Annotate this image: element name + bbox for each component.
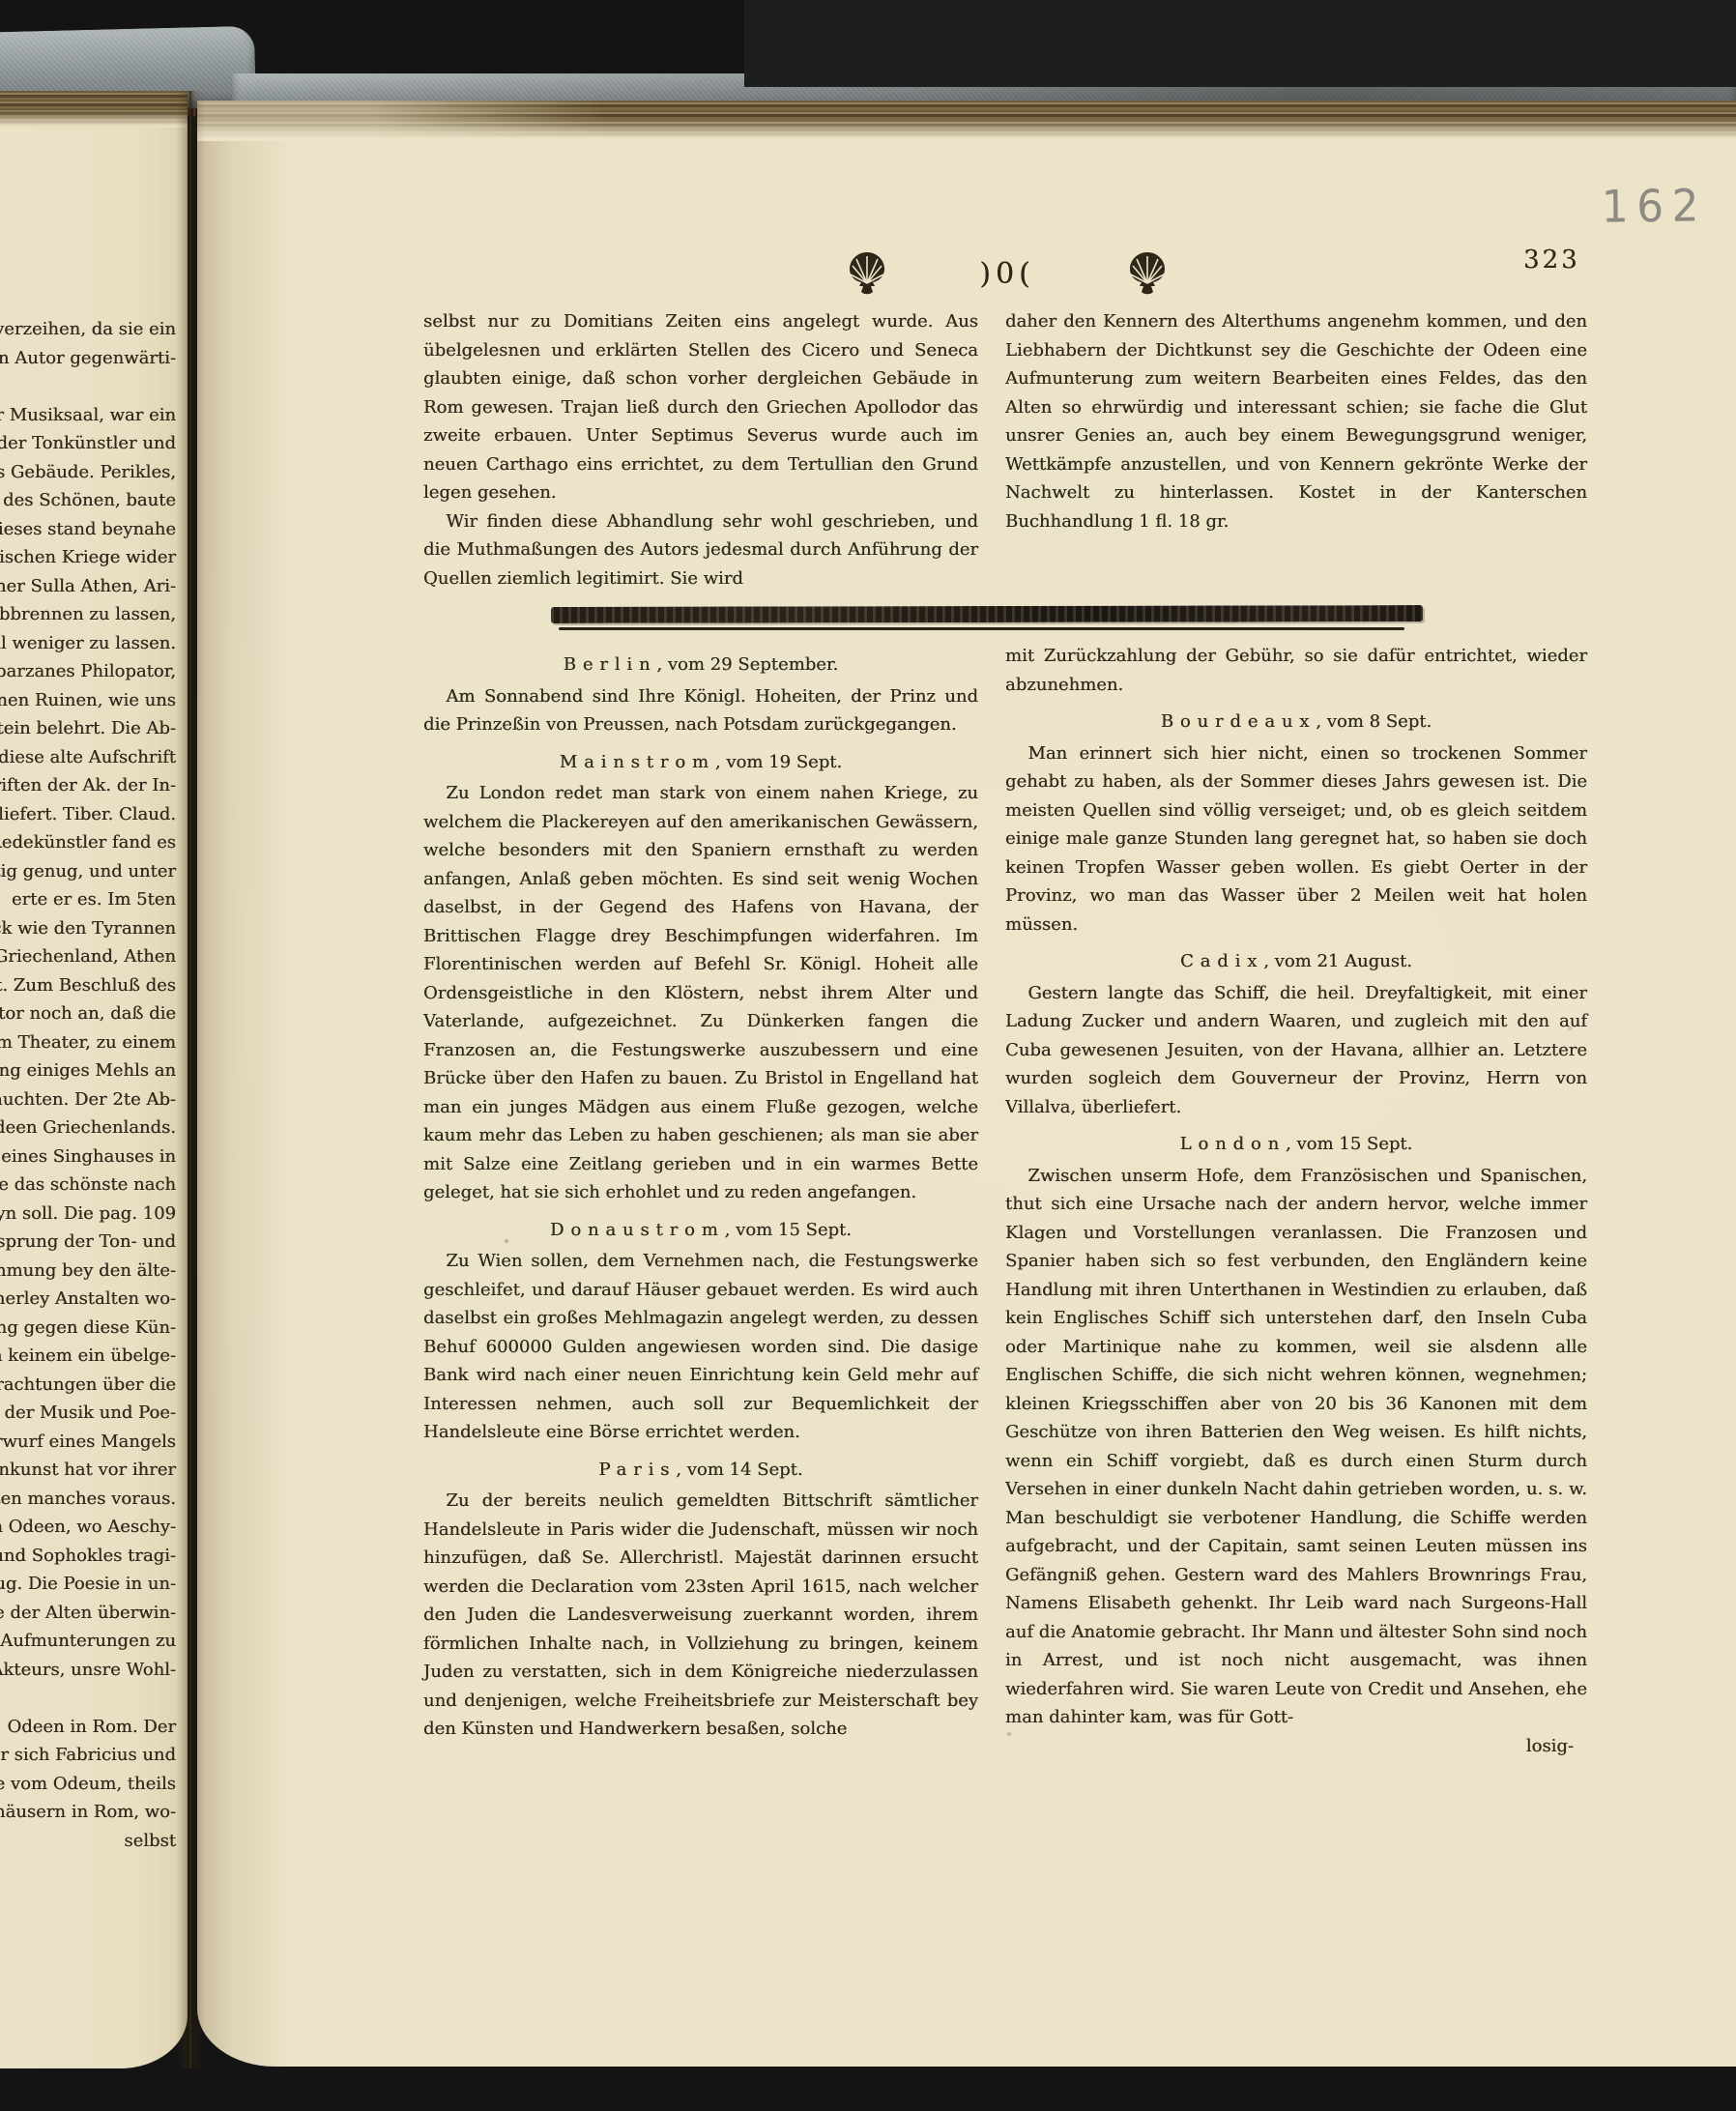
fragment-line: Akteurs, unsre Wohl-: [0, 1656, 176, 1685]
fragment-line: s Gebäude. Perikles,: [0, 458, 176, 487]
section-date: , vom 15 Sept.: [1286, 1134, 1412, 1154]
fragment-line: iobarzanes Philopator,: [0, 657, 176, 686]
fragment-line: [0, 1684, 176, 1713]
news-right-column: mit Zurückzahlung der Gebühr, so sie daf…: [1005, 642, 1587, 1760]
catchword: losig-: [1005, 1732, 1587, 1761]
fragment-line: n Odeen Griechenlands.: [0, 1113, 176, 1142]
section-heading: Donaustrom, vom 15 Sept.: [423, 1216, 978, 1245]
fragment-line: auchten. Der 2te Ab-: [0, 1085, 176, 1114]
section-place: London: [1180, 1134, 1286, 1154]
text-block: selbst nur zu Domitians Zeiten eins ange…: [423, 307, 1587, 1760]
fragment-line: rsprung der Ton- und: [0, 1228, 176, 1257]
fragment-line: e verzeihen, da sie ein: [0, 315, 176, 344]
paragraph: Zu der bereits neulich gemeldten Bittsch…: [423, 1487, 978, 1744]
fragment-line: eyn soll. Die pag. 109: [0, 1200, 176, 1229]
fragment-line: stimmung bey den älte-: [0, 1257, 176, 1286]
news-section: Paris, vom 14 Sept. Zu der bereits neuli…: [423, 1456, 978, 1744]
paragraph: selbst nur zu Domitians Zeiten eins ange…: [423, 307, 978, 507]
fragment-line: ich keinem ein übelge-: [0, 1342, 176, 1371]
intro-right-column: daher den Kennern des Alterthums angeneh…: [1005, 307, 1587, 535]
fragment-line: zum Theater, zu einem: [0, 1028, 176, 1057]
fragment-line: Betrachtungen über die: [0, 1371, 176, 1400]
fragment-line: ch eines Singhauses in: [0, 1142, 176, 1171]
section-place: Mainstrom: [560, 752, 715, 772]
section-paragraphs: Zu der bereits neulich gemeldten Bittsch…: [423, 1487, 978, 1744]
paragraph: mit Zurückzahlung der Gebühr, so sie daf…: [1005, 642, 1587, 699]
news-section: Mainstrom, vom 19 Sept. Zu London redet …: [423, 748, 978, 1207]
fragment-line: der Musiksaal, war ein: [0, 401, 176, 430]
fragment-line: Dieses stand beynahe: [0, 515, 176, 544]
page-top-edge: [0, 91, 188, 128]
archive-number-stamp: 162: [1602, 179, 1708, 232]
paragraph: Man erinnert sich hier nicht, einen so t…: [1005, 739, 1587, 940]
fragment-line: und Sophokles tragi-: [0, 1542, 176, 1571]
intro-left-column: selbst nur zu Domitians Zeiten eins ange…: [423, 307, 978, 593]
fragment-line: icht der Musik und Poe-: [0, 1399, 176, 1428]
section-heading: Cadix, vom 21 August.: [1005, 947, 1587, 976]
section-heading: Mainstrom, vom 19 Sept.: [423, 748, 978, 777]
fragment-line: sehr sich Fabricius und: [0, 1741, 176, 1770]
palmette-ornament-icon: [847, 251, 887, 296]
section-place: Paris: [598, 1460, 676, 1480]
paragraph: Zu Wien sollen, dem Vernehmen nach, die …: [423, 1247, 978, 1447]
fragment-line: seinen Ruinen, wie uns: [0, 686, 176, 715]
fragment-line: etztre das schönste nach: [0, 1171, 176, 1200]
section-paragraphs: Man erinnert sich hier nicht, einen so t…: [1005, 739, 1587, 940]
main-page: 162: [197, 101, 1736, 2067]
fragment-line: h Griechenland, Athen: [0, 942, 176, 971]
fragment-line: er Redekünstler fand es: [0, 828, 176, 857]
fragment-line: [0, 372, 176, 401]
paragraph: Gestern langte das Schiff, die heil. Dre…: [1005, 979, 1587, 1122]
section-paragraphs: Gestern langte das Schiff, die heil. Dre…: [1005, 979, 1587, 1122]
news-section: London, vom 15 Sept. Zwischen unserm Hof…: [1005, 1130, 1587, 1760]
header-ornaments: )0(: [847, 251, 1168, 296]
section-place: Bourdeaux: [1161, 711, 1316, 732]
section-heading: Paris, vom 14 Sept.: [423, 1456, 978, 1485]
fragment-line: nack wie den Tyrannen: [0, 914, 176, 943]
intro-row: selbst nur zu Domitians Zeiten eins ange…: [423, 307, 1587, 593]
background-shadow: [744, 0, 1736, 87]
fragment-line: theil weniger zu lassen.: [0, 629, 176, 658]
section-date: , vom 14 Sept.: [676, 1460, 802, 1480]
fragment-line: chtung gegen diese Kün-: [0, 1314, 176, 1343]
fragment-line: ug. Die Poesie in un-: [0, 1570, 176, 1599]
fragment-line: ontischen Kriege wider: [0, 543, 176, 572]
palmette-ornament-icon: [1127, 251, 1168, 296]
fragment-line: fen der Tonkünstler und: [0, 429, 176, 458]
news-section: Bourdeaux, vom 8 Sept. Man erinnert sich…: [1005, 708, 1587, 939]
fragment-line: um abbrennen zu lassen,: [0, 600, 176, 629]
fragment-line: erte er es. Im 5ten: [0, 885, 176, 914]
fragment-line: lung einiges Mehls an: [0, 1056, 176, 1085]
section-paragraphs: mit Zurückzahlung der Gebühr, so sie daf…: [1005, 642, 1587, 699]
news-section: mit Zurückzahlung der Gebühr, so sie daf…: [1005, 642, 1587, 699]
news-section: Cadix, vom 21 August. Gestern langte das…: [1005, 947, 1587, 1121]
section-paragraphs: Zwischen unserm Hofe, dem Französischen …: [1005, 1162, 1587, 1732]
fragment-line: jenen Odeen, wo Aeschy-: [0, 1513, 176, 1542]
paragraph: Am Sonnabend sind Ihre Königl. Hoheiten,…: [423, 682, 978, 739]
fragment-line: selbst: [0, 1827, 176, 1856]
previous-page-edge: e verzeihen, da sie einden Autor gegenwä…: [0, 91, 188, 2068]
fragment-line: orwurf eines Mangels: [0, 1428, 176, 1457]
fragment-line: eliefert. Tiber. Claud.: [0, 800, 176, 829]
fragment-line: ghäusern in Rom, wo-: [0, 1798, 176, 1827]
section-place: Donaustrom: [550, 1220, 725, 1240]
book-scan: e verzeihen, da sie einden Autor gegenwä…: [0, 0, 1736, 2111]
fragment-line: isse der Alten überwin-: [0, 1599, 176, 1628]
fragment-line: n Aufmunterungen zu: [0, 1627, 176, 1656]
section-paragraphs: Am Sonnabend sind Ihre Königl. Hoheiten,…: [423, 682, 978, 739]
fragment-line: ncherley Anstalten wo-: [0, 1285, 176, 1314]
news-section: Berlin, vom 29 September. Am Sonnabend s…: [423, 651, 978, 739]
fragment-line: utor noch an, daß die: [0, 999, 176, 1028]
previous-page-text-fragments: e verzeihen, da sie einden Autor gegenwä…: [0, 315, 176, 1855]
section-place: Berlin: [564, 654, 657, 675]
page-top-edge: [197, 101, 1736, 141]
section-date: , vom 29 September.: [656, 654, 838, 675]
section-paragraphs: Zu Wien sollen, dem Vernehmen nach, die …: [423, 1247, 978, 1447]
fragment-line: Odeen in Rom. Der: [0, 1713, 176, 1742]
paragraph: Zu London redet man stark von einem nahe…: [423, 779, 978, 1207]
section-date: , vom 19 Sept.: [715, 752, 842, 772]
fragment-line: riften der Ak. der In-: [0, 771, 176, 800]
fragment-line: er diese alte Aufschrift: [0, 743, 176, 772]
divider-bar: [551, 605, 1423, 623]
fragment-line: htig genug, und unter: [0, 857, 176, 886]
header-signature-mark: )0(: [979, 257, 1035, 291]
section-paragraphs: Zu London redet man stark von einem nahe…: [423, 779, 978, 1207]
section-heading: Bourdeaux, vom 8 Sept.: [1005, 708, 1587, 737]
paragraph: Zwischen unserm Hofe, dem Französischen …: [1005, 1162, 1587, 1732]
fragment-line: den Autor gegenwärti-: [0, 344, 176, 373]
fragment-line: Tonkunst hat vor ihrer: [0, 1456, 176, 1485]
section-heading: London, vom 15 Sept.: [1005, 1130, 1587, 1159]
news-section: Donaustrom, vom 15 Sept. Zu Wien sollen,…: [423, 1216, 978, 1447]
section-date: , vom 21 August.: [1263, 951, 1412, 971]
section-date: , vom 8 Sept.: [1316, 711, 1432, 732]
fragment-line: er des Schönen, baute: [0, 486, 176, 515]
divider-underline: [559, 627, 1404, 630]
section-divider-rule: [551, 606, 1423, 630]
fragment-line: eiten manches voraus.: [0, 1485, 176, 1514]
section-heading: Berlin, vom 29 September.: [423, 651, 978, 680]
fragment-line: stein belehrt. Die Ab-: [0, 714, 176, 743]
fragment-line: dee vom Odeum, theils: [0, 1770, 176, 1799]
fragment-line: et. Zum Beschluß des: [0, 971, 176, 1000]
fragment-line: mer Sulla Athen, Ari-: [0, 572, 176, 601]
section-place: Cadix: [1180, 951, 1263, 971]
paragraph: Wir finden diese Abhandlung sehr wohl ge…: [423, 507, 978, 593]
news-row: Berlin, vom 29 September. Am Sonnabend s…: [423, 642, 1587, 1760]
page-number: 323: [1523, 246, 1580, 275]
paragraph: daher den Kennern des Alterthums angeneh…: [1005, 307, 1587, 535]
news-left-column: Berlin, vom 29 September. Am Sonnabend s…: [423, 642, 978, 1744]
section-date: , vom 15 Sept.: [725, 1220, 852, 1240]
